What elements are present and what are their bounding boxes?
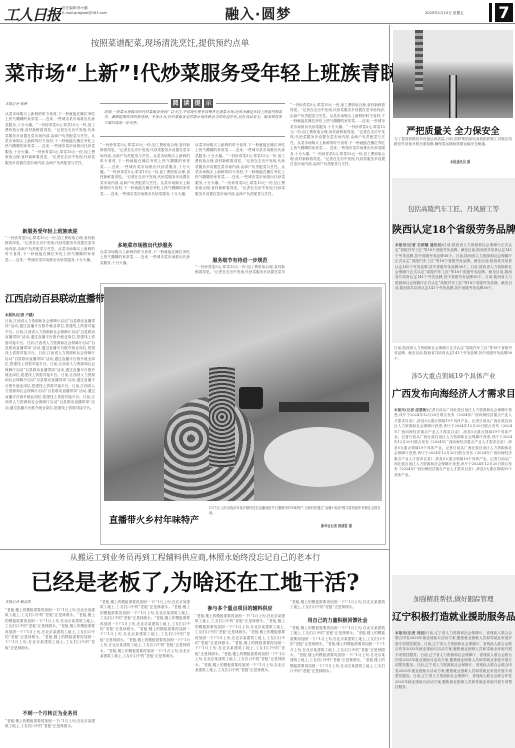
lead-subhead-2: 多地菜市场推出代炒服务 (100, 242, 190, 249)
bottom-body-col1: “老板,楼上的模板需要再加固一下!”1月上旬,在北京某建筑工地上,工友们口中的“… (5, 608, 95, 708)
liaoning-kicker: 加强精准帮扶,做好跟踪管理 (392, 594, 515, 603)
shaanxi-body: 本报讯(记者 毛浓曦 通讯员)日前,陕西省人力资源和社会保障厅正式认定“高陵汽车… (395, 243, 512, 341)
photo-feature: 直播带火乡村年味特产 1月7日,山东省临沂市某乡镇村民在直播间推介石磨制作的年味… (100, 283, 386, 545)
newspaper-logo: 工人日报 (4, 4, 60, 25)
column-divider (389, 25, 390, 748)
lead-kicker: 按照菜谱配菜,现场清洗烹饪,提供预约点单 (60, 37, 280, 49)
bottom-headline: 已经是老板了,为啥还在工地干活? (10, 566, 380, 597)
bottom-subhead-3: 用自己的力量积极回馈社会 (290, 617, 385, 624)
lead-body-col3: 从菜市场购买上新鲜的时令食材,下一秒就能在摊位旁吃上热气腾腾的家常菜……近来,一… (195, 143, 285, 253)
bottom-byline: 本报记者 赖志凯 (5, 600, 31, 605)
shaanxi-kicker: 包括高陵汽车工匠、丹凤厨工等 (392, 204, 515, 213)
jiangxi-headline: 江西启动百县联动直播带岗活动 (5, 291, 95, 305)
shaanxi-tail: 日前,陕西省人力资源和社会保障厅正式认定“高陵汽车工匠”等18个省级劳务品牌。截… (394, 346, 512, 360)
liaoning-box: 加强精准帮扶,做好跟踪管理 辽宁积极打造就业援助服务品牌 本报讯(记者 刘旭)日… (392, 575, 515, 748)
guangxi-headline: 广西发布向海经济人才需求目录 (392, 386, 515, 400)
section-title: 融入·圆梦 (225, 4, 291, 24)
bottom-body-col4a: “老板,楼上的模板需要再加固一下!”1月上旬,在北京某建筑工地上,工友们口中的“… (290, 600, 385, 614)
photo-feature-credit: 新华社记者 郭绪雷 摄 (321, 524, 352, 529)
contact-info: 责任编辑:韩小鹏 E-mail:grbjpwb@163.com (62, 6, 122, 15)
railway-caption: 为了提高铁路信号设备运用质量,日前,国铁集团某电务段组织职工对辖区线路信号设备开… (394, 137, 512, 157)
lead-body-col2b: 从菜市场购买上新鲜的时令食材,下一秒就能在摊位旁吃上热气腾腾的家常菜……近来,一… (100, 250, 190, 274)
liaoning-headline: 辽宁积极打造就业援助服务品牌 (392, 609, 515, 623)
railway-photo (393, 30, 513, 118)
lead-subhead-3: 服务细节有待进一步规范 (195, 257, 285, 264)
railway-credit: 本报通讯员 摄 (450, 160, 470, 165)
divider (0, 549, 390, 550)
guangxi-body: 本报讯(记者 庞慧敏)记者日前从广西壮族自治区人力资源和社会保障厅获悉,该厅于2… (394, 408, 512, 543)
bottom-body-col1b: “老板,楼上的模板需要再加固一下!”1月上旬,在北京某建筑工地上,工友们口中的“… (5, 719, 95, 747)
photo-feature-title: 直播带火乡村年味特产 (109, 513, 199, 526)
guangxi-kicker: 涉5大重点领域19个具体产业 (392, 371, 515, 380)
masthead: 工人日报 责任编辑:韩小鹏 E-mail:grbjpwb@163.com 融入·… (0, 0, 515, 24)
reading-tip-box: 阅读提示 近期,一批菜市场推出的代炒菜服务受到广泛关注,不仅吸引更多消费者走进菜… (100, 99, 285, 139)
lead-byline: 本报记者 张辉 (5, 102, 27, 107)
shaanxi-headline: 陕西认定18个省级劳务品牌 (392, 221, 515, 236)
bottom-subhead-2: 参与多个重点项目的辅料供应 (195, 605, 285, 612)
bottom-kicker: 从搬运工到业务员再到工程辅料供应商,林照永始终没忘记自己的老本行 (15, 552, 375, 563)
lead-body-col4: “一份炒青菜5元,荤菜15元一份,加工费收取合理,食材新鲜看得见。”记者在走访中… (290, 103, 385, 275)
photo-feature-image (104, 287, 382, 501)
lead-body-col1b: “一份炒青菜5元,荤菜15元一份,加工费收取合理,食材新鲜看得见。”记者在走访中… (5, 236, 95, 272)
bottom-body-col3: “老板,楼上的模板需要再加固一下!”1月上旬,在北京某建筑工地上,工友们口中的“… (195, 614, 285, 748)
issue-date: 2025年1月10日 星期五 (425, 11, 464, 16)
bottom-body-col2: “老板,楼上的模板需要再加固一下!”1月上旬,在北京某建筑工地上,工友们口中的“… (100, 600, 190, 748)
bottom-subhead-1: 不到一个月转正为业务员 (5, 710, 95, 717)
lead-subhead-1: 新服务受年轻上班族欢迎 (5, 228, 95, 235)
jiangxi-body: 日前,江西省人力资源和社会保障厅启动“百县联动直播带岗”活动,通过直播平台推介就… (5, 319, 95, 541)
page-number: 7 (492, 3, 513, 22)
lead-body-col3b: “一份炒青菜5元,荤菜15元一份,加工费收取合理,食材新鲜看得见。”记者在走访中… (195, 265, 285, 275)
shaanxi-box: 包括高陵汽车工匠、丹凤厨工等 陕西认定18个省级劳务品牌 本报讯(记者 毛浓曦 … (392, 178, 515, 343)
bottom-body-col4: “老板,楼上的模板需要再加固一下!”1月上旬,在北京某建筑工地上,工友们口中的“… (290, 626, 385, 748)
lead-body-col1: 从菜市场购买上新鲜的时令食材,下一秒就能在摊位旁吃上热气腾腾的家常菜……近来,一… (5, 112, 95, 242)
reading-tip-label: 阅读提示 (168, 99, 216, 108)
liaoning-body: 本报讯(记者 刘旭)日前,辽宁省人力资源和社会保障厅、省残疾人联合会联合印发20… (395, 631, 512, 746)
lead-headline: 菜市场“上新”!代炒菜服务受年轻上班族青睐 (5, 57, 385, 86)
reading-tip-text: 近期,一批菜市场推出的代炒菜服务受到广泛关注,不仅吸引更多消费者走进菜市场,还成… (104, 110, 282, 134)
photo-feature-caption: 1月7日,山东省临沂市某乡镇村民在直播间推介石磨制作的年味特产,当地村民通过“直… (209, 506, 381, 526)
jiangxi-byline: 本报讯(记者 卢越) (5, 313, 34, 318)
railway-title: 严把质量关 全力保安全 (393, 124, 513, 137)
